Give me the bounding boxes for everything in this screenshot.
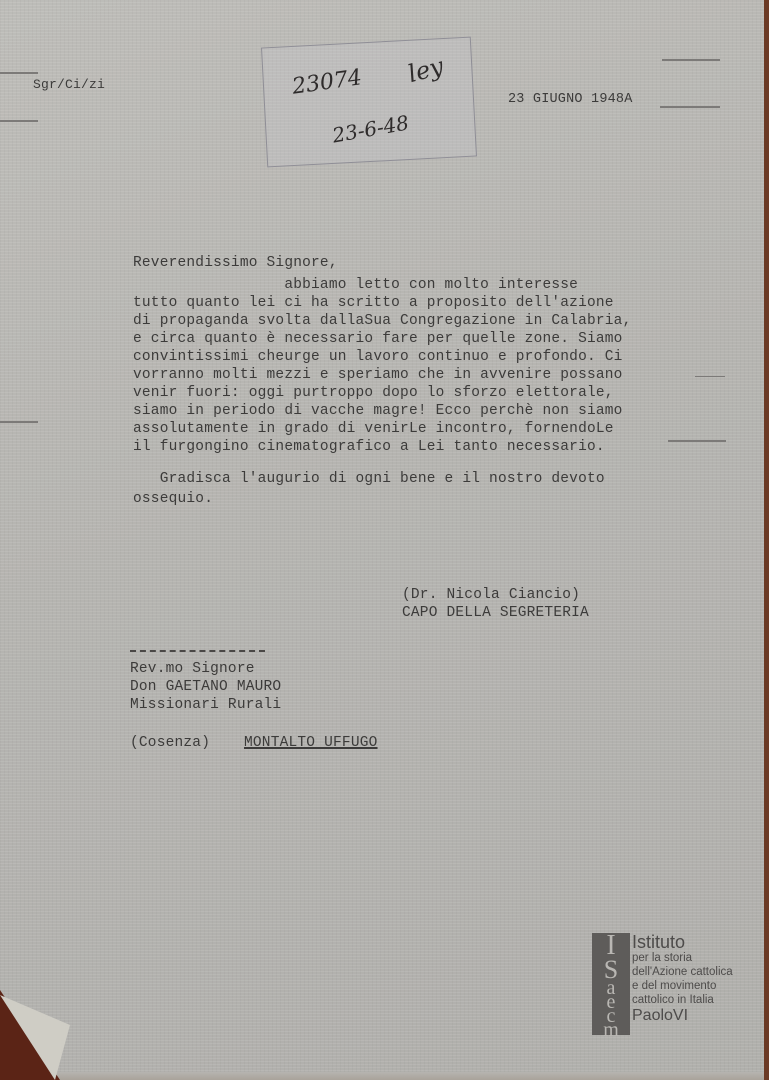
logo-line: per la storia: [632, 951, 733, 965]
salutation: Reverendissimo Signore,: [133, 254, 338, 272]
margin-mark: [660, 106, 720, 108]
closing-line: ossequio.: [133, 490, 213, 508]
logo-line: dell'Azione cattolica: [632, 965, 733, 979]
body-line: venir fuori: oggi purtroppo dopo lo sfor…: [133, 384, 614, 402]
body-line: convintissimi cheurge un lavoro continuo…: [133, 348, 623, 366]
reference-code: Sgr/Ci/zi: [33, 76, 105, 94]
body-line: tutto quanto lei ci ha scritto a proposi…: [133, 294, 614, 312]
body-line: abbiamo letto con molto interesse: [133, 276, 578, 294]
document-page: Sgr/Ci/zi 23074 ley 23-6-48 23 GIUGNO 19…: [0, 0, 764, 1080]
recipient-line: Don GAETANO MAURO: [130, 678, 281, 696]
page-bottom-edge: [0, 1072, 764, 1080]
recipient-town: MONTALTO UFFUGO: [244, 734, 378, 752]
margin-mark: [0, 421, 38, 423]
margin-mark: [0, 72, 38, 74]
body-line: e circa quanto è necessario fare per que…: [133, 330, 623, 348]
desk-edge-right: [764, 0, 769, 1080]
logo-line: Istituto: [632, 933, 733, 951]
logo-text: Istituto per la storia dell'Azione catto…: [632, 933, 733, 1024]
logo-line: cattolico in Italia: [632, 993, 733, 1007]
signature-title: CAPO DELLA SEGRETERIA: [402, 604, 589, 622]
body-line: siamo in periodo di vacche magre! Ecco p…: [133, 402, 623, 420]
margin-mark: [668, 440, 726, 442]
institute-watermark-logo: I S a e c m Istituto per la storia dell'…: [592, 933, 732, 1038]
body-line: assolutamente in grado di venirLe incont…: [133, 420, 614, 438]
body-line: il furgongino cinematografico a Lei tant…: [133, 438, 605, 456]
logo-monogram: I S a e c m: [592, 933, 630, 1035]
recipient-province: (Cosenza): [130, 734, 210, 752]
protocol-stamp: [261, 37, 477, 168]
signature-name: (Dr. Nicola Ciancio): [402, 586, 580, 604]
margin-mark: [0, 120, 38, 122]
monogram-letter: m: [592, 1023, 630, 1037]
logo-line: PaoloVI: [632, 1007, 733, 1024]
margin-mark: [662, 59, 720, 61]
closing-line: Gradisca l'augurio di ogni bene e il nos…: [133, 470, 605, 488]
recipient-line: Rev.mo Signore: [130, 660, 255, 678]
margin-mark: [695, 376, 725, 377]
letter-date: 23 GIUGNO 1948A: [508, 91, 633, 109]
logo-line: e del movimento: [632, 979, 733, 993]
separator-line: [130, 650, 265, 652]
body-line: di propaganda svolta dallaSua Congregazi…: [133, 312, 631, 330]
body-line: vorranno molti mezzi e speriamo che in a…: [133, 366, 623, 384]
recipient-line: Missionari Rurali: [130, 696, 281, 714]
